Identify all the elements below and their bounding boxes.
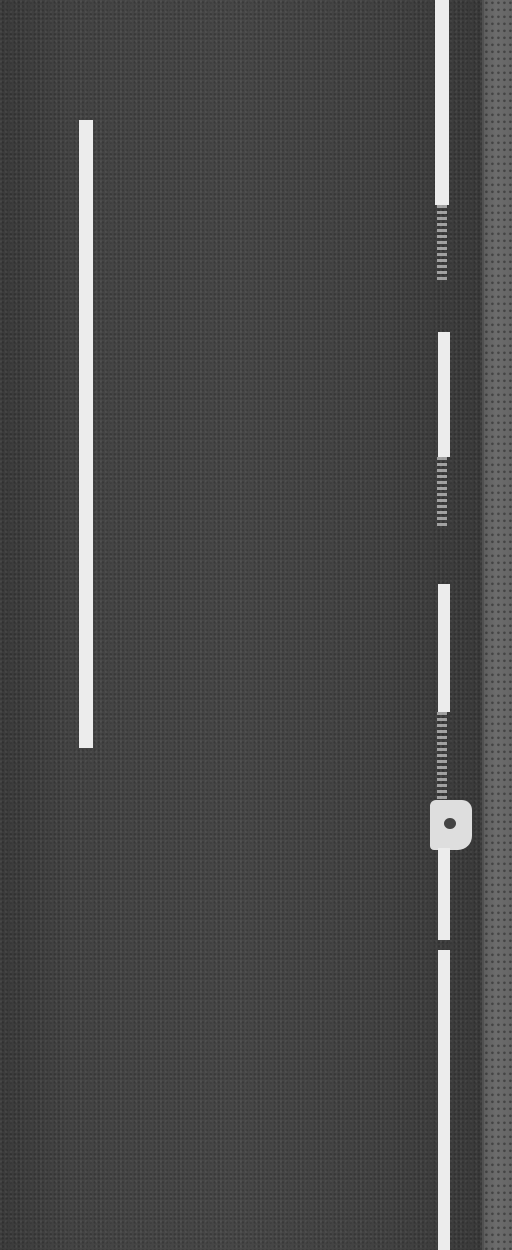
solid-lane-line	[79, 120, 93, 748]
dashed-edge-line-segment	[438, 584, 450, 712]
worn-marking-segment	[437, 712, 447, 802]
worn-marking-segment	[437, 457, 447, 529]
pothole	[444, 818, 456, 829]
worn-marking-segment	[437, 205, 447, 283]
dashed-edge-line-segment	[438, 332, 450, 457]
dashed-edge-line-segment	[438, 950, 450, 1250]
dashed-edge-line-segment	[438, 848, 450, 940]
asphalt-surface	[0, 0, 482, 1250]
road-shoulder	[482, 0, 512, 1250]
dashed-edge-line-segment	[435, 0, 449, 205]
painted-patch	[430, 800, 472, 850]
